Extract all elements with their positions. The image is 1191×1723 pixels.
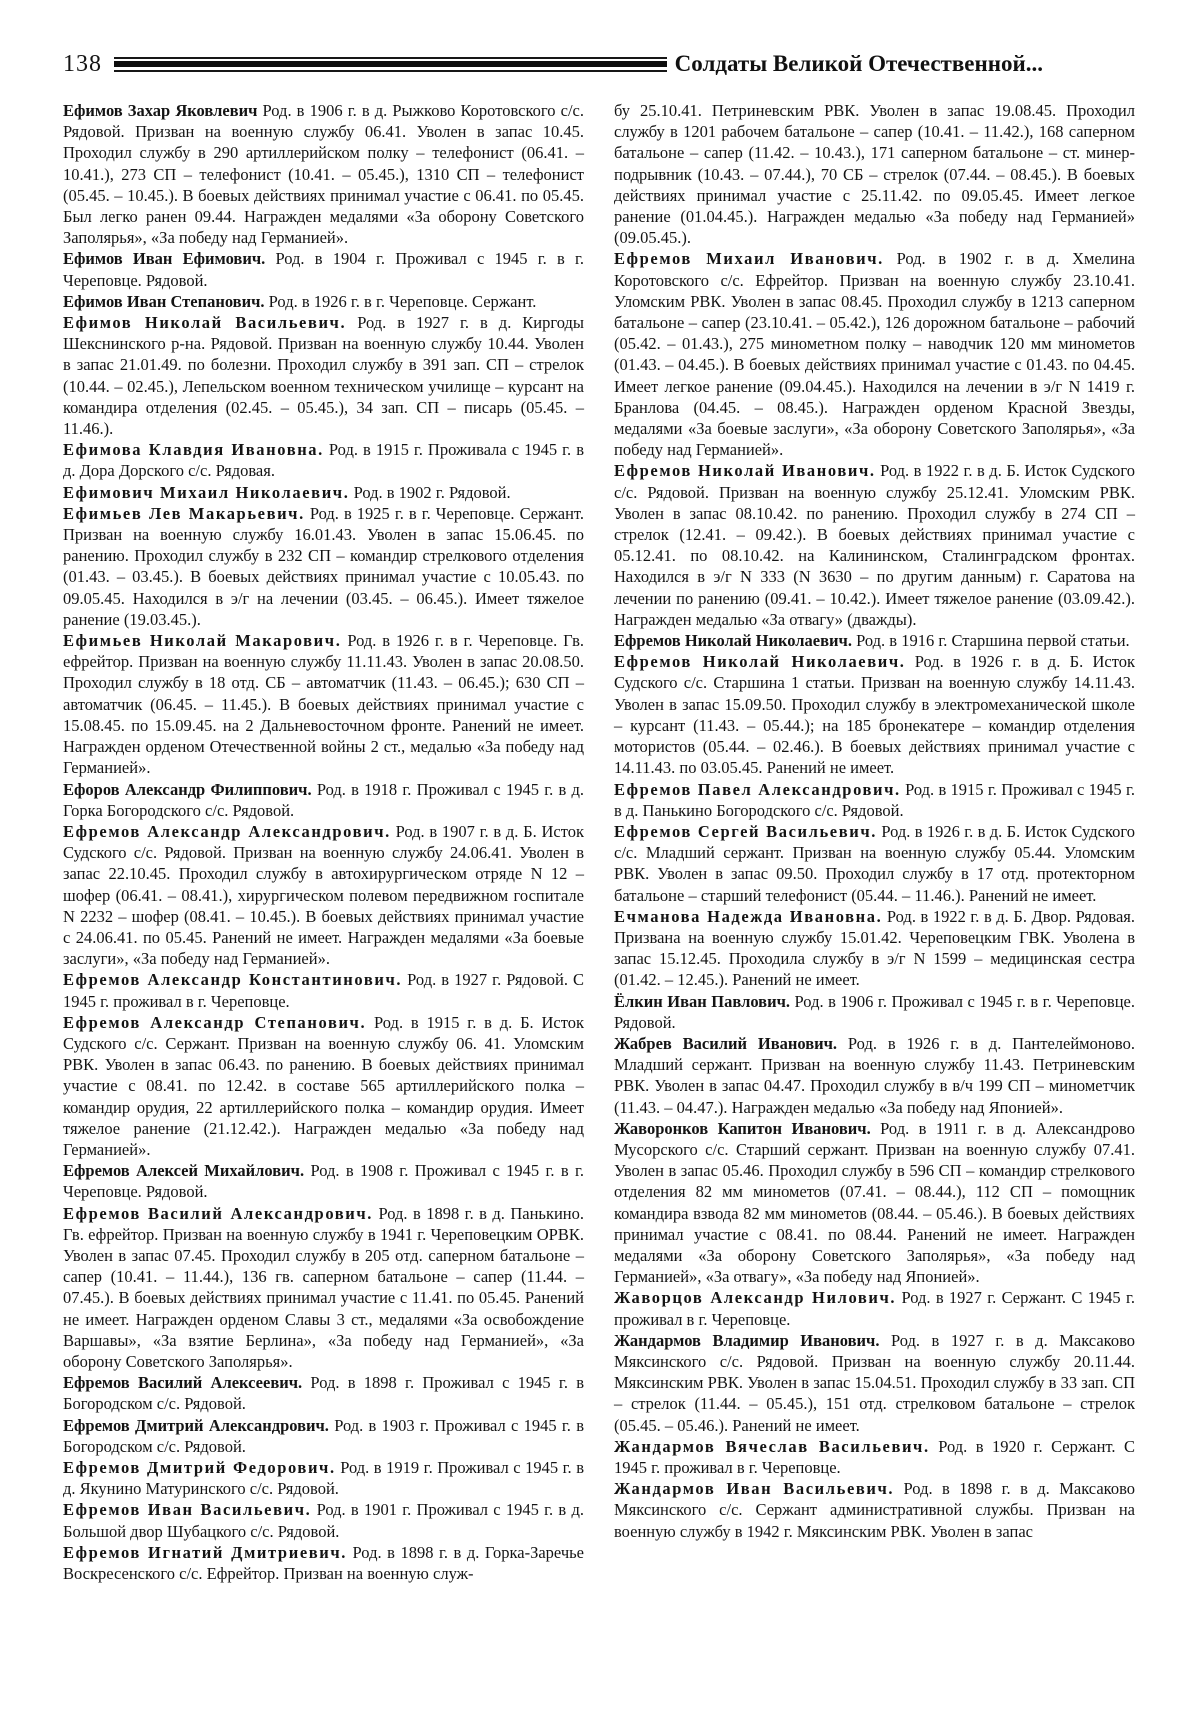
entry-person-name: Ефимова Клавдия Ивановна. bbox=[63, 440, 324, 459]
header-rule-thick bbox=[114, 61, 667, 67]
entry-person-name: Жаворонков Капитон Иванович. bbox=[614, 1119, 871, 1138]
book-page: 138 Солдаты Великой Отечественной... Ефи… bbox=[0, 0, 1191, 1723]
entry-person-name: Ефремов Николай Николаевич. bbox=[614, 631, 852, 650]
biography-entry: Ефимович Михаил Николаевич. Род. в 1902 … bbox=[63, 482, 584, 503]
biography-entry: Ефремов Алексей Михайлович. Род. в 1908 … bbox=[63, 1160, 584, 1202]
entry-person-name: Ечманова Надежда Ивановна. bbox=[614, 907, 882, 926]
entry-person-name: Ефремов Василий Александрович. bbox=[63, 1204, 373, 1223]
running-title: Солдаты Великой Отечественной... bbox=[675, 51, 1043, 77]
biography-entry: Ефимов Николай Васильевич. Род. в 1927 г… bbox=[63, 312, 584, 439]
page-header: 138 Солдаты Великой Отечественной... bbox=[63, 46, 1135, 82]
entry-person-name: Жаворцов Александр Нилович. bbox=[614, 1288, 896, 1307]
entry-person-name: Ефимьев Лев Макарьевич. bbox=[63, 504, 305, 523]
entry-person-name: Ефремов Алексей Михайлович. bbox=[63, 1161, 304, 1180]
entry-person-name: Ефремов Дмитрий Федорович. bbox=[63, 1458, 336, 1477]
biography-entry: Ефимов Иван Ефимович. Род. в 1904 г. Про… bbox=[63, 248, 584, 290]
entry-person-name: Ефимов Николай Васильевич. bbox=[63, 313, 346, 332]
biography-entry: Жабрев Василий Иванович. Род. в 1926 г. … bbox=[614, 1033, 1135, 1118]
biography-entry: Жаворонков Капитон Иванович. Род. в 1911… bbox=[614, 1118, 1135, 1288]
biography-entry: Ефимов Захар Яковлевич Род. в 1906 г. в … bbox=[63, 100, 584, 248]
entry-person-name: Ефремов Сергей Васильевич. bbox=[614, 822, 877, 841]
biography-entry: Ёлкин Иван Павлович. Род. в 1906 г. Прож… bbox=[614, 991, 1135, 1033]
biography-entry: Ефремов Александр Александрович. Род. в … bbox=[63, 821, 584, 969]
entry-person-name: Ефимов Захар Яковлевич bbox=[63, 101, 257, 120]
entry-person-name: Ефимов Иван Степанович. bbox=[63, 292, 265, 311]
entry-person-name: Жабрев Василий Иванович. bbox=[614, 1034, 837, 1053]
biography-entry: Жандармов Вячеслав Васильевич. Род. в 19… bbox=[614, 1436, 1135, 1478]
biography-entry: Ефремов Александр Степанович. Род. в 191… bbox=[63, 1012, 584, 1160]
biography-entry: Ефремов Василий Алексеевич. Род. в 1898 … bbox=[63, 1372, 584, 1414]
entry-person-name: Ефремов Николай Иванович. bbox=[614, 461, 876, 480]
entry-person-name: Ефимович Михаил Николаевич. bbox=[63, 483, 349, 502]
entry-person-name: Жандармов Иван Васильевич. bbox=[614, 1479, 894, 1498]
biography-entry: Ефремов Николай Николаевич. Род. в 1926 … bbox=[614, 651, 1135, 778]
page-number: 138 bbox=[63, 52, 102, 76]
text-columns: Ефимов Захар Яковлевич Род. в 1906 г. в … bbox=[63, 100, 1135, 1584]
biography-entry: Жандармов Владимир Иванович. Род. в 1927… bbox=[614, 1330, 1135, 1436]
biography-entry: Ефремов Дмитрий Федорович. Род. в 1919 г… bbox=[63, 1457, 584, 1499]
entry-person-name: Ефремов Игнатий Дмитриевич. bbox=[63, 1543, 347, 1562]
biography-entry: Ефремов Дмитрий Александрович. Род. в 19… bbox=[63, 1415, 584, 1457]
biography-entry: Ефремов Николай Николаевич. Род. в 1916 … bbox=[614, 630, 1135, 651]
entry-person-name: Ефоров Александр Филиппович. bbox=[63, 780, 312, 799]
entry-person-name: Жандармов Владимир Иванович. bbox=[614, 1331, 879, 1350]
header-rule-thin-bottom bbox=[114, 70, 667, 72]
entry-person-name: Ефремов Павел Александрович. bbox=[614, 780, 901, 799]
entry-person-name: Ефремов Николай Николаевич. bbox=[614, 652, 905, 671]
biography-entry: Ефремов Николай Иванович. Род. в 1922 г.… bbox=[614, 460, 1135, 630]
entry-person-name: Ефремов Михаил Иванович. bbox=[614, 249, 884, 268]
left-column: Ефимов Захар Яковлевич Род. в 1906 г. в … bbox=[63, 100, 584, 1584]
biography-entry: Ефремов Иван Васильевич. Род. в 1901 г. … bbox=[63, 1499, 584, 1541]
biography-entry: Ечманова Надежда Ивановна. Род. в 1922 г… bbox=[614, 906, 1135, 991]
entry-person-name: Ефимов Иван Ефимович. bbox=[63, 249, 265, 268]
biography-entry: Ефремов Михаил Иванович. Род. в 1902 г. … bbox=[614, 248, 1135, 460]
entry-person-name: Ефремов Иван Васильевич. bbox=[63, 1500, 311, 1519]
biography-entry: Ефремов Игнатий Дмитриевич. Род. в 1898 … bbox=[63, 1542, 584, 1584]
biography-entry: Ефимов Иван Степанович. Род. в 1926 г. в… bbox=[63, 291, 584, 312]
biography-entry: бу 25.10.41. Петриневским РВК. Уволен в … bbox=[614, 100, 1135, 248]
entry-person-name: Ефремов Василий Алексеевич. bbox=[63, 1373, 302, 1392]
header-rule-thin-top bbox=[114, 57, 667, 59]
biography-entry: Ефремов Павел Александрович. Род. в 1915… bbox=[614, 779, 1135, 821]
biography-entry: Ефремов Василий Александрович. Род. в 18… bbox=[63, 1203, 584, 1373]
biography-entry: Жандармов Иван Васильевич. Род. в 1898 г… bbox=[614, 1478, 1135, 1542]
right-column: бу 25.10.41. Петриневским РВК. Уволен в … bbox=[614, 100, 1135, 1584]
entry-person-name: Ефимьев Николай Макарович. bbox=[63, 631, 341, 650]
biography-entry: Ефимьев Лев Макарьевич. Род. в 1925 г. в… bbox=[63, 503, 584, 630]
biography-entry: Ефимова Клавдия Ивановна. Род. в 1915 г.… bbox=[63, 439, 584, 481]
biography-entry: Ефимьев Николай Макарович. Род. в 1926 г… bbox=[63, 630, 584, 778]
entry-person-name: Ёлкин Иван Павлович. bbox=[614, 992, 790, 1011]
biography-entry: Ефремов Александр Константинович. Род. в… bbox=[63, 969, 584, 1011]
biography-entry: Ефремов Сергей Васильевич. Род. в 1926 г… bbox=[614, 821, 1135, 906]
header-rule bbox=[114, 57, 667, 72]
biography-entry: Жаворцов Александр Нилович. Род. в 1927 … bbox=[614, 1287, 1135, 1329]
entry-person-name: Жандармов Вячеслав Васильевич. bbox=[614, 1437, 930, 1456]
entry-person-name: Ефремов Александр Степанович. bbox=[63, 1013, 366, 1032]
entry-person-name: Ефремов Александр Александрович. bbox=[63, 822, 391, 841]
entry-person-name: Ефремов Александр Константинович. bbox=[63, 970, 402, 989]
entry-person-name: Ефремов Дмитрий Александрович. bbox=[63, 1416, 329, 1435]
biography-entry: Ефоров Александр Филиппович. Род. в 1918… bbox=[63, 779, 584, 821]
